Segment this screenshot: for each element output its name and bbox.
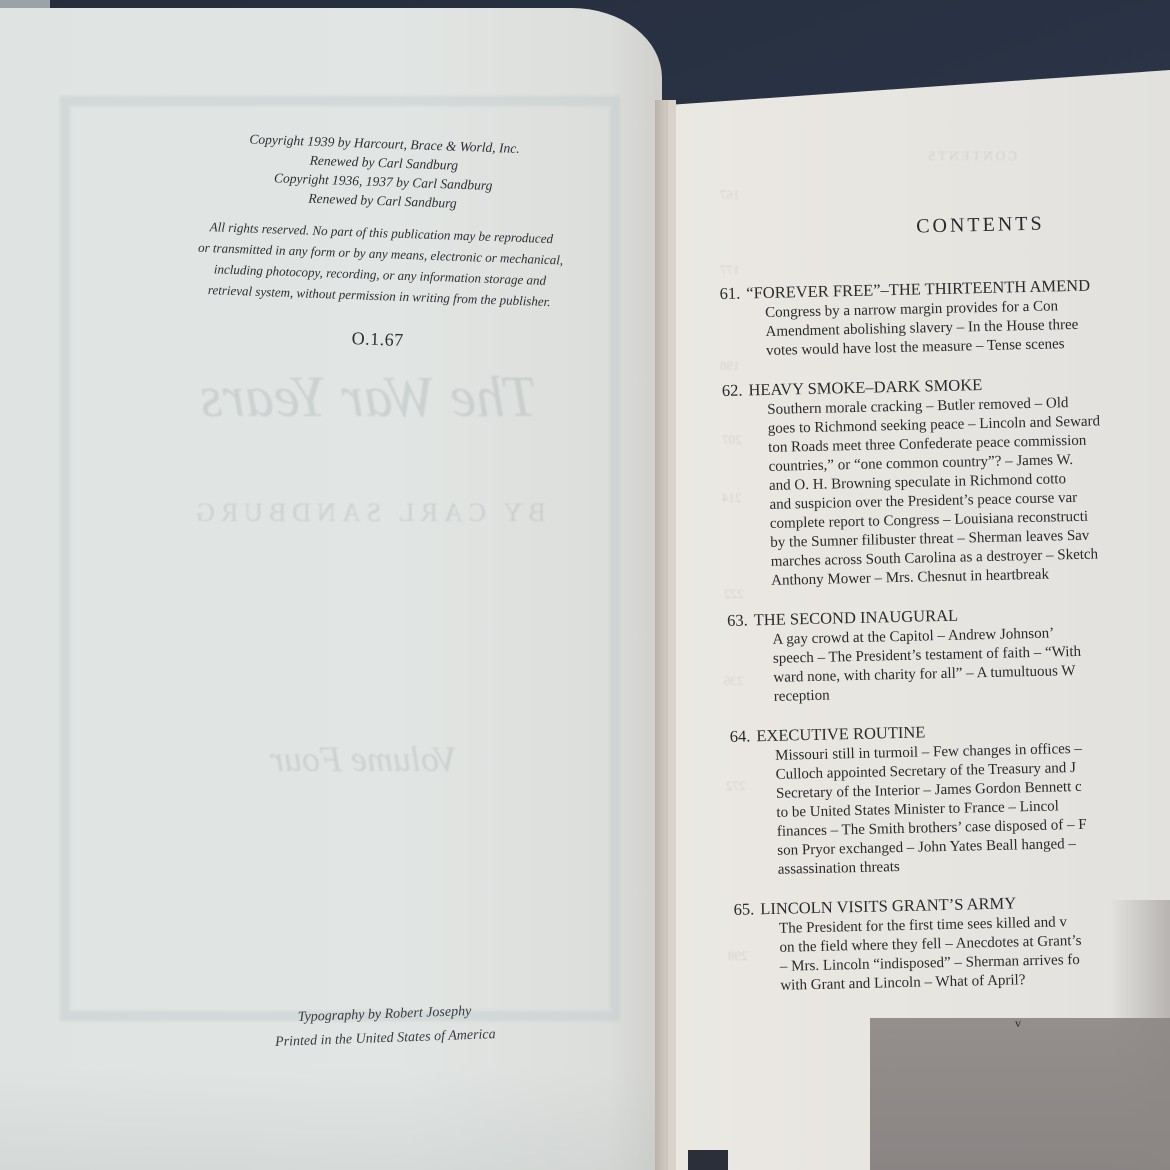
toc-entry-63: 63.THE SECOND INAUGURAL A gay crowd at t…: [727, 599, 1170, 708]
chapter-summary: Missouri still in turmoil – Few changes …: [775, 737, 1170, 880]
chapter-title: EXECUTIVE ROUTINE: [756, 722, 925, 745]
edge-shadow: [1110, 900, 1170, 1170]
rights-statement: All rights reserved. No part of this pub…: [144, 214, 617, 314]
chapter-number: 65.: [733, 899, 754, 918]
page-edge: [668, 100, 676, 1170]
chapter-summary: A gay crowd at the Capitol – Andrew John…: [772, 621, 1170, 707]
toc-entry-64: 64.EXECUTIVE ROUTINE Missouri still in t…: [729, 715, 1170, 881]
imprint-block: Typography by Robert Josephy Printed in …: [239, 998, 530, 1056]
copyright-notice: Copyright 1939 by Harcourt, Brace & Worl…: [147, 126, 619, 218]
background-edge: [0, 0, 50, 8]
chapter-number: 61.: [719, 284, 740, 303]
bleed-through-author: BY CARL SANDBURG: [190, 498, 546, 528]
page-folio: v: [1015, 1016, 1021, 1031]
chapter-number: 62.: [722, 380, 743, 399]
toc-entry-62: 62.HEAVY SMOKE–DARK SMOKE Southern moral…: [722, 369, 1170, 592]
page-shading: [0, 1068, 662, 1170]
chapter-summary: Southern morale cracking – Butler remove…: [767, 391, 1170, 591]
chapter-title: THE SECOND INAUGURAL: [753, 606, 958, 630]
left-page-copyright: The War Years BY CARL SANDBURG Volume Fo…: [0, 8, 662, 1170]
chapter-number: 64.: [730, 726, 751, 745]
toc-entry-65: 65.LINCOLN VISITS GRANT’S ARMY The Presi…: [733, 888, 1170, 997]
bleed-through-page-number: 167: [720, 187, 740, 203]
bleed-through-title: The War Years: [200, 363, 537, 430]
chapter-number: 63.: [727, 610, 748, 629]
chapter-summary: Congress by a narrow margin provides for…: [765, 294, 1170, 361]
bleed-through-heading: CONTENTS: [925, 148, 1017, 164]
book-spine-gap: [688, 1150, 728, 1170]
copyright-block: Copyright 1939 by Harcourt, Brace & Worl…: [142, 126, 619, 357]
toc-entry-61: 61.“FOREVER FREE”–THE THIRTEENTH AMEND C…: [719, 272, 1170, 362]
table-of-contents: CONTENTS 61.“FOREVER FREE”–THE THIRTEENT…: [718, 209, 1170, 1015]
bleed-through-volume: Volume Four: [270, 738, 457, 780]
chapter-title: HEAVY SMOKE–DARK SMOKE: [748, 375, 982, 399]
